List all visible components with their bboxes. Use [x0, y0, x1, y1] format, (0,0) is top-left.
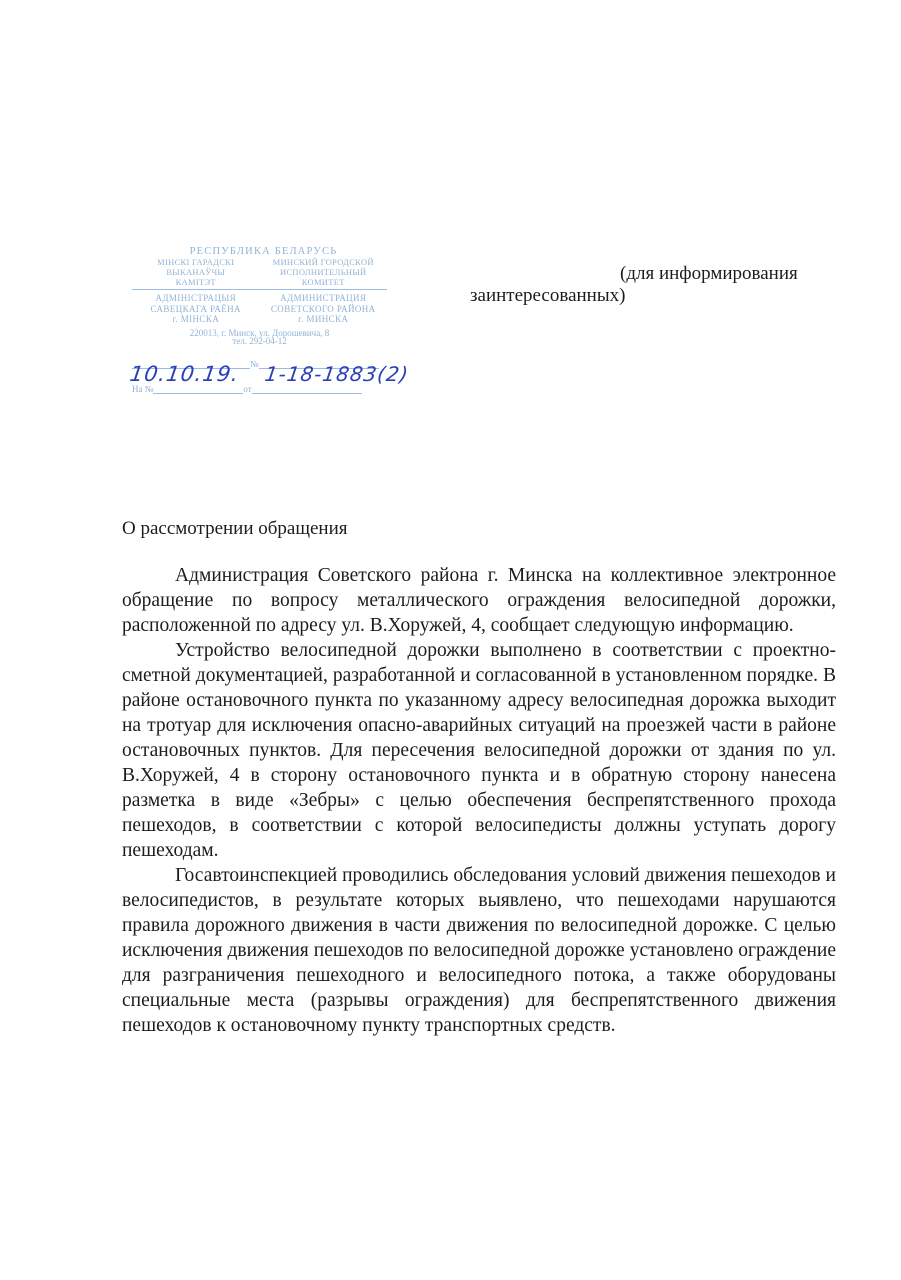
letter-body: Администрация Советского района г. Минск… — [122, 563, 836, 1038]
number-label: № — [250, 359, 259, 369]
stamp-country: РЕСПУБЛИКА БЕЛАРУСЬ — [140, 246, 387, 257]
stamp-line: МИНСКИЙ ГОРОДСКОЙ — [260, 257, 388, 267]
handwritten-number: 1-18-1883(2) — [263, 362, 410, 386]
stamp-line: АДМІНІСТРАЦЫЯ — [132, 293, 260, 304]
from-label: от — [243, 384, 251, 394]
stamp-administration: АДМІНІСТРАЦЫЯ САВЕЦКАГА РАЁНА г. МІНСКА … — [132, 293, 387, 325]
addressee-line: (для информирования — [470, 263, 840, 285]
stamp-line: г. МИНСКА — [260, 314, 388, 325]
paragraph: Администрация Советского района г. Минск… — [122, 563, 836, 638]
handwritten-date: 10.10.19. — [128, 362, 241, 386]
stamp-line: ВЫКАНАЎЧЫ — [132, 267, 260, 277]
stamp-line: САВЕЦКАГА РАЁНА — [132, 304, 260, 315]
stamp-line: МІНСКІ ГАРАДСКІ — [132, 257, 260, 267]
stamp-phone: тел. 292-04-12 — [132, 336, 387, 346]
stamp-line: КАМІТЭТ — [132, 277, 260, 287]
stamp-line: ИСПОЛНИТЕЛЬНЫЙ — [260, 267, 388, 277]
addressee: (для информирования заинтересованных) — [470, 263, 840, 307]
stamp-line: г. МІНСКА — [132, 314, 260, 325]
paragraph: Устройство велосипедной дорожки выполнен… — [122, 638, 836, 863]
addressee-line: заинтересованных) — [470, 285, 840, 307]
stamp-line: АДМИНИСТРАЦИЯ — [260, 293, 388, 304]
stamp-line: КОМИТЕТ — [260, 277, 388, 287]
stamp-line: СОВЕТСКОГО РАЙОНА — [260, 304, 388, 315]
letter-subject: О рассмотрении обращения — [122, 518, 348, 540]
stamp-divider — [132, 289, 387, 290]
stamp-committee: МІНСКІ ГАРАДСКІ ВЫКАНАЎЧЫ КАМІТЭТ МИНСКИ… — [132, 257, 387, 287]
paragraph: Госавтоинспекцией проводились обследован… — [122, 863, 836, 1038]
